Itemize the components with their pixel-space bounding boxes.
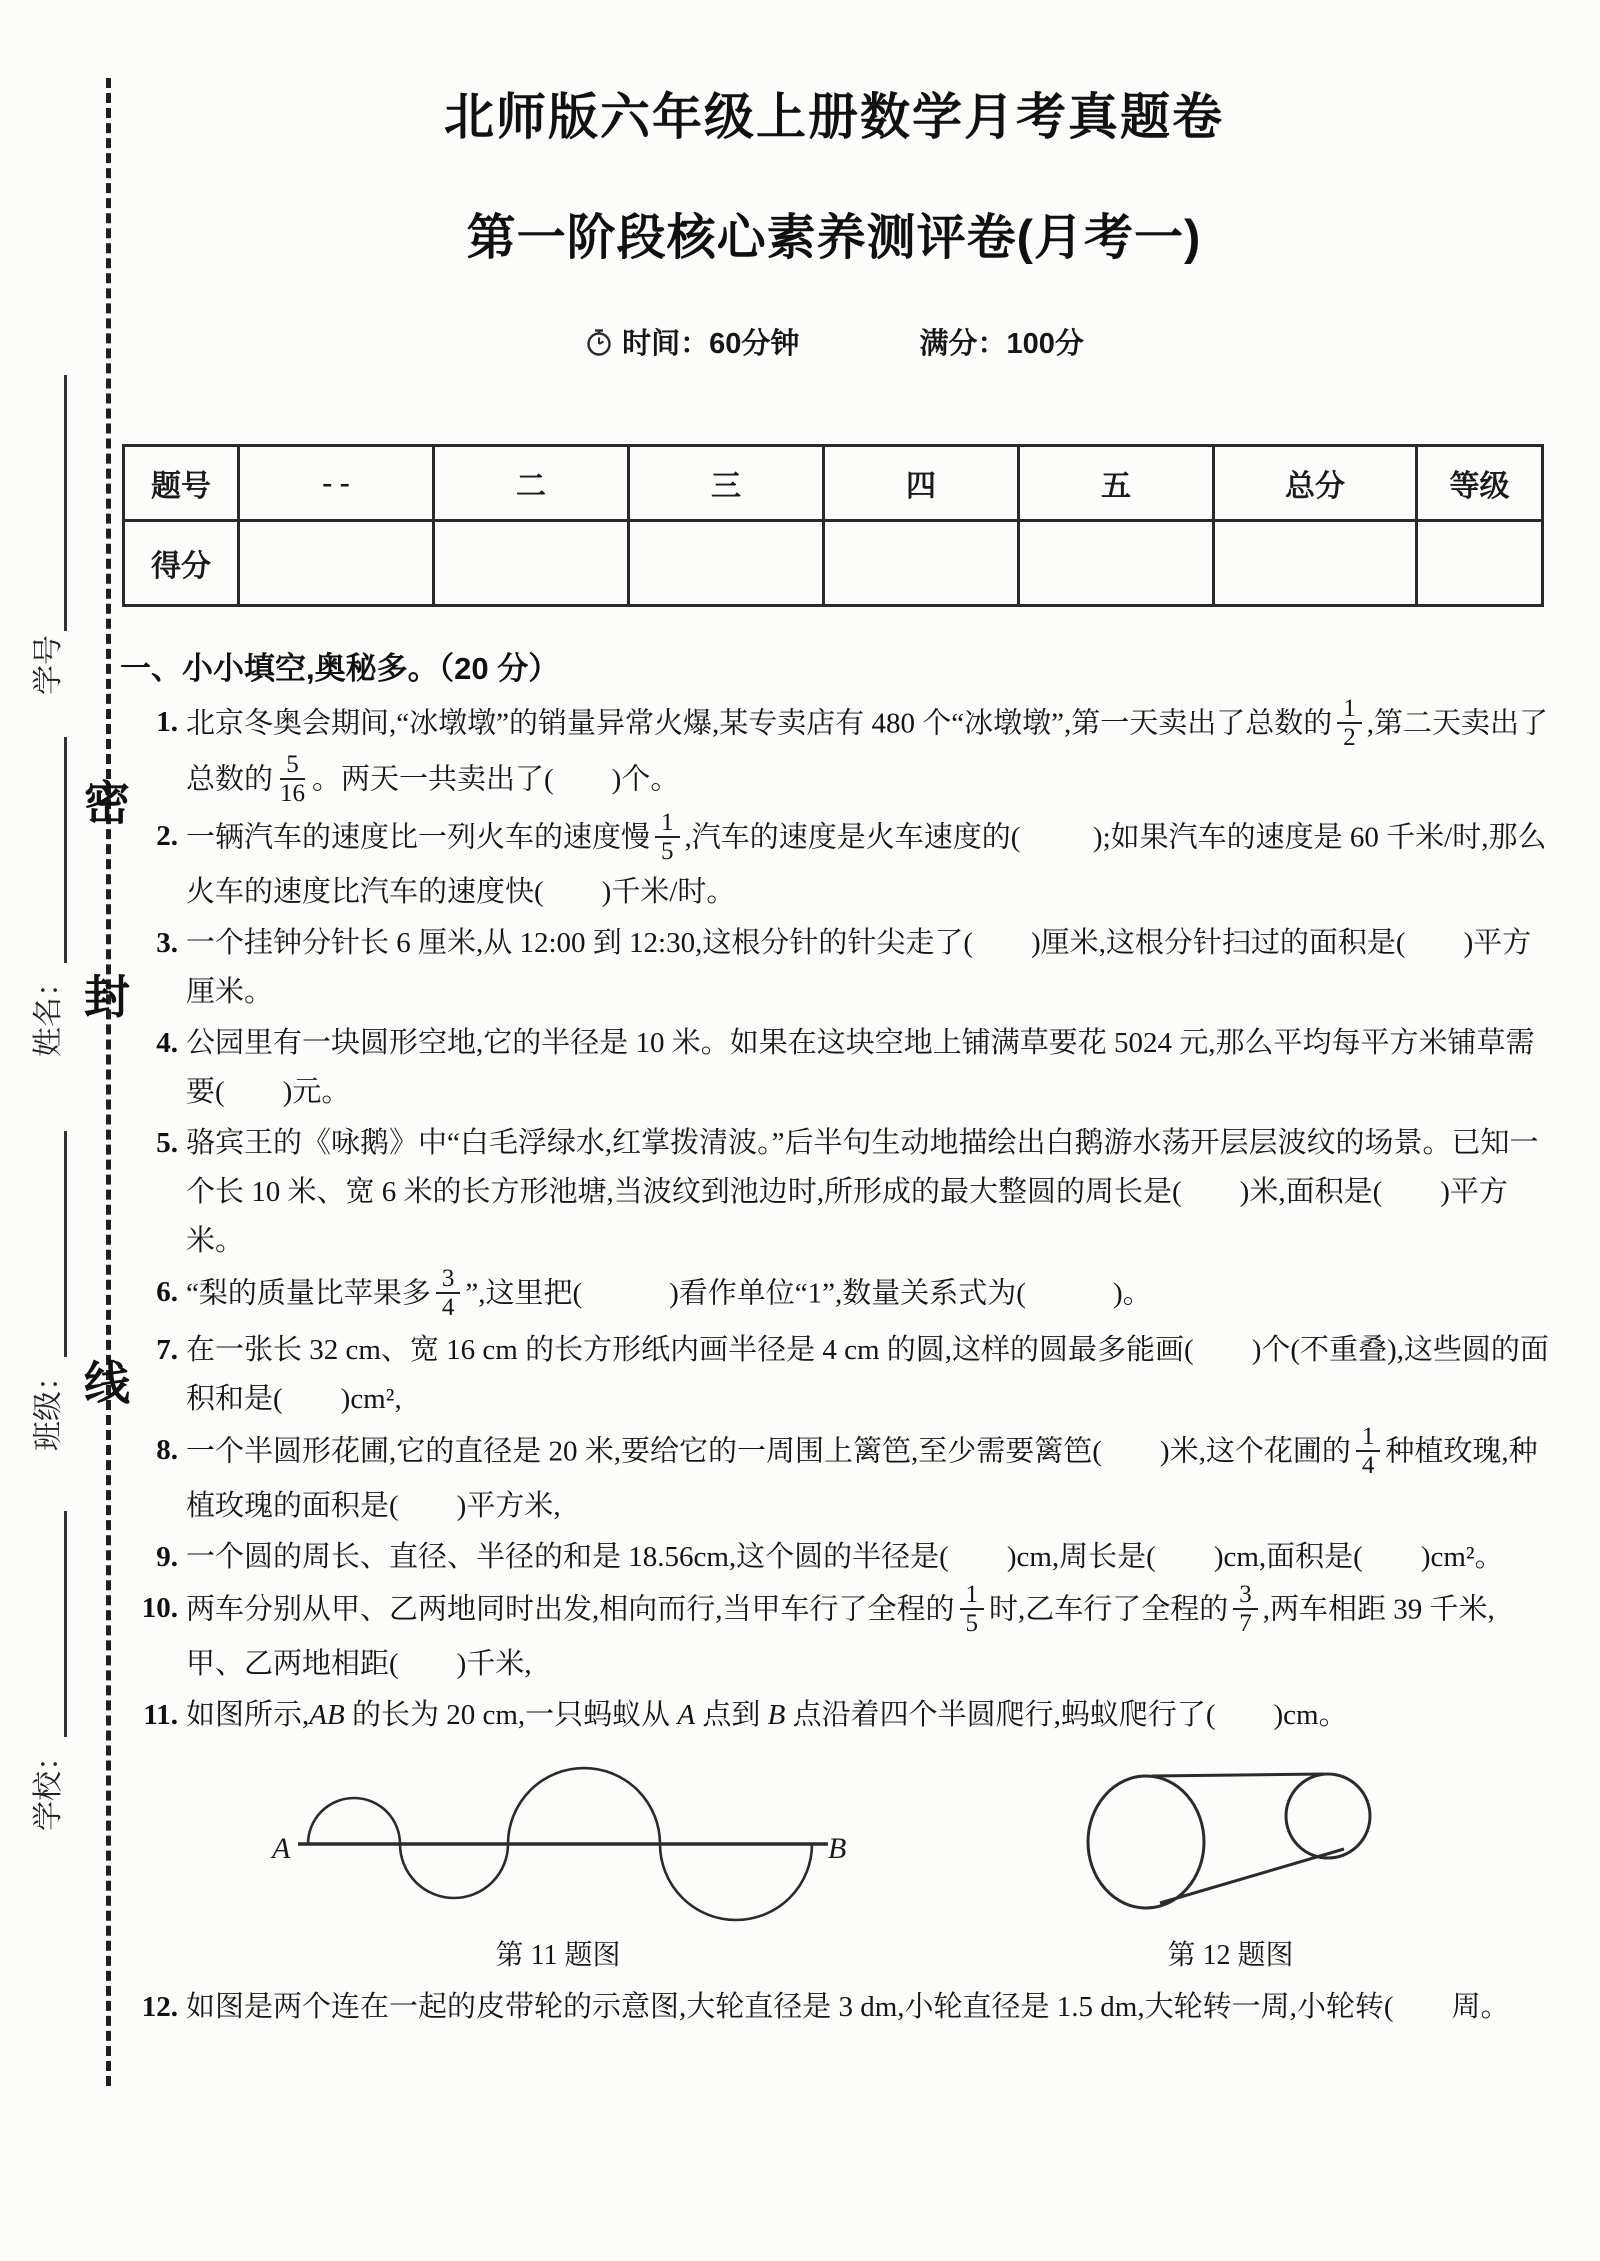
score-table-cell: 五 [1019,446,1214,521]
question-1: 1. 北京冬奥会期间,“冰墩墩”的销量异常火爆,某专卖店有 480 个“冰墩墩”… [118,698,1550,810]
big-pulley [1088,1776,1204,1908]
point-b-label: B [828,1832,846,1865]
seal-field-name: 姓名： [29,737,67,1057]
seal-field-school: 学校： [29,1511,67,1831]
figure-12-pulleys [1058,1754,1403,1926]
score-table-cell [239,521,434,606]
question-text: 如图是两个连在一起的皮带轮的示意图,大轮直径是 3 dm,小轮直径是 1.5 d… [186,1983,1550,2032]
score-table-cell [1214,521,1417,606]
question-12: 12. 如图是两个连在一起的皮带轮的示意图,大轮直径是 3 dm,小轮直径是 1… [118,1983,1550,2032]
fraction: 34 [436,1265,461,1321]
score-table-cell: 四 [824,446,1019,521]
page-subtitle: 第一阶段核心素养测评卷(月考一) [118,207,1550,269]
exam-meta: 时间：60分钟满分：100分 [118,321,1550,362]
belt-top-line [1152,1774,1324,1776]
question-number: 5. [118,1119,186,1168]
fraction: 15 [655,809,680,865]
score-table-score-row: 得分 [124,521,1543,606]
figure-12-caption: 第 12 题图 [1058,1933,1403,1973]
belt-bottom-line [1160,1849,1344,1903]
figures-row: A B 第 11 题图 第 12 题图 [268,1754,1550,1973]
score-table-cell [1019,521,1214,606]
question-number: 12. [118,1983,186,2032]
question-text: 在一张长 32 cm、宽 16 cm 的长方形纸内画半径是 4 cm 的圆,这样… [186,1326,1550,1424]
question-3: 3. 一个挂钟分针长 6 厘米,从 12:00 到 12:30,这根分针的针尖走… [118,919,1550,1017]
question-10: 10. 两车分别从甲、乙两地同时出发,相向而行,当甲车行了全程的15时,乙车行了… [118,1584,1550,1689]
score-table: 题号- -二三四五总分等级 得分 [122,444,1544,607]
school-label: 学校： [31,1741,67,1831]
question-text: 两车分别从甲、乙两地同时出发,相向而行,当甲车行了全程的15时,乙车行了全程的3… [186,1584,1550,1689]
page-title: 北师版六年级上册数学月考真题卷 [118,85,1550,149]
school-fill-line [34,1511,67,1737]
question-text: 一辆汽车的速度比一列火车的速度慢15,汽车的速度是火车速度的( );如果汽车的速… [186,812,1550,917]
section-one-heading: 一、小小填空,奥秘多。（20 分） [120,643,1550,688]
point-a-label: A [270,1832,291,1865]
figure-11-block: A B 第 11 题图 [268,1766,848,1973]
full-score-label: 满分：100分 [919,328,1083,360]
question-9: 9. 一个圆的周长、直径、半径的和是 18.56cm,这个圆的半径是( )cm,… [118,1533,1550,1582]
figure-11-caption: 第 11 题图 [268,1933,848,1973]
student-id-label: 学号 [31,635,67,695]
question-number: 10. [118,1584,186,1633]
question-number: 6. [118,1268,186,1317]
question-number: 8. [118,1426,186,1475]
question-number: 7. [118,1326,186,1375]
score-table-cell [629,521,824,606]
question-number: 11. [118,1691,186,1740]
question-6: 6. “梨的质量比苹果多34”,这里把( )看作单位“1”,数量关系式为( )。 [118,1268,1550,1324]
main-content: 北师版六年级上册数学月考真题卷 第一阶段核心素养测评卷(月考一) 时间：60分钟… [118,0,1550,2032]
score-table-cell: 总分 [1214,446,1417,521]
score-table-cell: 等级 [1417,446,1543,521]
question-text: “梨的质量比苹果多34”,这里把( )看作单位“1”,数量关系式为( )。 [186,1268,1550,1324]
fraction: 12 [1337,695,1362,751]
score-table-cell: - - [239,446,434,521]
question-number: 2. [118,812,186,861]
question-text: 公园里有一块圆形空地,它的半径是 10 米。如果在这块空地上铺满草要花 5024… [186,1019,1550,1117]
question-number: 3. [118,919,186,968]
small-pulley [1286,1774,1370,1858]
question-4: 4. 公园里有一块圆形空地,它的半径是 10 米。如果在这块空地上铺满草要花 5… [118,1019,1550,1117]
score-table-cell: 题号 [124,446,239,521]
question-text: 如图所示,AB 的长为 20 cm,一只蚂蚁从 A 点到 B 点沿着四个半圆爬行… [186,1691,1550,1740]
timer-icon [584,327,614,357]
score-table-cell: 得分 [124,521,239,606]
question-7: 7. 在一张长 32 cm、宽 16 cm 的长方形纸内画半径是 4 cm 的圆… [118,1326,1550,1424]
time-label: 时间：60分钟 [622,328,799,360]
question-2: 2. 一辆汽车的速度比一列火车的速度慢15,汽车的速度是火车速度的( );如果汽… [118,812,1550,917]
figure-11-semicircles: A B [268,1766,848,1926]
question-5: 5. 骆宾王的《咏鹅》中“白毛浮绿水,红掌拨清波。”后半句生动地描绘出白鹅游水荡… [118,1119,1550,1266]
question-number: 9. [118,1533,186,1582]
score-table-cell [1417,521,1543,606]
fraction: 14 [1356,1423,1381,1479]
name-fill-line [34,737,67,963]
question-text: 骆宾王的《咏鹅》中“白毛浮绿水,红掌拨清波。”后半句生动地描绘出白鹅游水荡开层层… [186,1119,1550,1266]
fraction: 516 [278,751,307,807]
question-number: 1. [118,698,186,747]
question-text: 一个圆的周长、直径、半径的和是 18.56cm,这个圆的半径是( )cm,周长是… [186,1533,1550,1582]
seal-field-class: 班级： [29,1131,67,1451]
question-8: 8. 一个半圆形花圃,它的直径是 20 米,要给它的一周围上篱笆,至少需要篱笆(… [118,1426,1550,1531]
score-table-cell [434,521,629,606]
seal-dashed-line [106,78,111,2086]
question-11: 11. 如图所示,AB 的长为 20 cm,一只蚂蚁从 A 点到 B 点沿着四个… [118,1691,1550,1740]
fraction: 37 [1233,1581,1258,1637]
student-id-fill-line [34,375,67,631]
score-table-cell: 二 [434,446,629,521]
question-text: 一个挂钟分针长 6 厘米,从 12:00 到 12:30,这根分针的针尖走了( … [186,919,1550,1017]
name-label: 姓名： [31,967,67,1057]
class-label: 班级： [31,1361,67,1451]
figure-12-block: 第 12 题图 [1058,1754,1403,1973]
exam-paper-page: 密 封 线 学号 姓名： 班级： 学校： 北师版六年级上册数学月考真题卷 第一阶… [0,0,1600,2261]
question-number: 4. [118,1019,186,1068]
question-text: 北京冬奥会期间,“冰墩墩”的销量异常火爆,某专卖店有 480 个“冰墩墩”,第一… [186,698,1550,810]
score-table-cell [824,521,1019,606]
score-table-cell: 三 [629,446,824,521]
fraction: 15 [960,1581,985,1637]
class-fill-line [34,1131,67,1357]
seal-field-student-id: 学号 [29,375,67,695]
question-text: 一个半圆形花圃,它的直径是 20 米,要给它的一周围上篱笆,至少需要篱笆( )米… [186,1426,1550,1531]
score-table-header-row: 题号- -二三四五总分等级 [124,446,1543,521]
question-list: 1. 北京冬奥会期间,“冰墩墩”的销量异常火爆,某专卖店有 480 个“冰墩墩”… [118,698,1550,2032]
